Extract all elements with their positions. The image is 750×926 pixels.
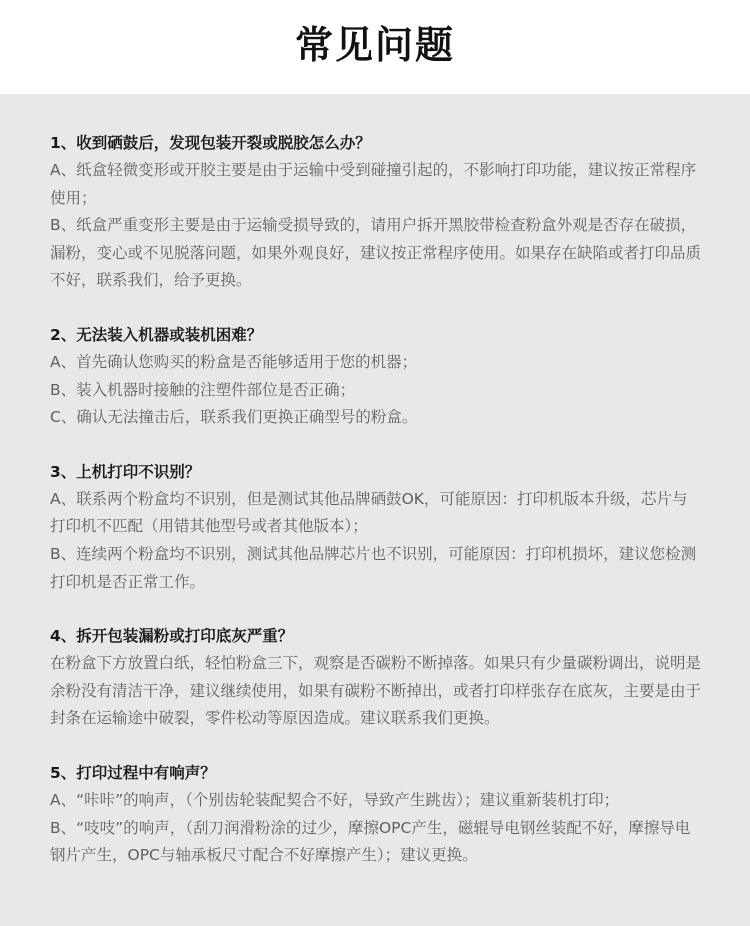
faq-item-4: 4、拆开包装漏粉或打印底灰严重？ 在粉盒下方放置白纸，轻怕粉盒三下，观察是否碳粉…: [50, 623, 702, 733]
faq-answer: 在粉盒下方放置白纸，轻怕粉盒三下，观察是否碳粉不断掉落。如果只有少量碳粉调出，说…: [50, 650, 702, 733]
faq-question: 3、上机打印不识别？: [50, 459, 702, 485]
faq-answer: C、确认无法撞击后，联系我们更换正确型号的粉盒。: [50, 404, 702, 432]
faq-list: 1、收到硒鼓后，发现包装开裂或脱胶怎么办？ A、纸盒轻微变形或开胶主要是由于运输…: [0, 94, 750, 870]
page-header: 常见问题: [0, 0, 750, 94]
faq-question: 1、收到硒鼓后，发现包装开裂或脱胶怎么办？: [50, 130, 702, 156]
faq-item-5: 5、打印过程中有响声？ A、“咔咔”的响声，（个别齿轮装配契合不好，导致产生跳齿…: [50, 760, 702, 870]
faq-question: 4、拆开包装漏粉或打印底灰严重？: [50, 623, 702, 649]
faq-answer: A、联系两个粉盒均不识别，但是测试其他品牌硒鼓OK，可能原因：打印机版本升级，芯…: [50, 486, 702, 541]
faq-item-1: 1、收到硒鼓后，发现包装开裂或脱胶怎么办？ A、纸盒轻微变形或开胶主要是由于运输…: [50, 130, 702, 295]
faq-answer: A、首先确认您购买的粉盒是否能够适用于您的机器；: [50, 349, 702, 377]
faq-answer: B、纸盒严重变形主要是由于运输受损导致的，请用户拆开黑胶带检查粉盒外观是否存在破…: [50, 212, 702, 295]
faq-answer: B、“吱吱”的响声，（刮刀润滑粉涂的过少，摩擦OPC产生，磁辊导电钢丝装配不好，…: [50, 815, 702, 870]
faq-question: 5、打印过程中有响声？: [50, 760, 702, 786]
faq-item-2: 2、无法装入机器或装机困难？ A、首先确认您购买的粉盒是否能够适用于您的机器； …: [50, 322, 702, 432]
page-title: 常见问题: [295, 14, 455, 69]
faq-answer: B、连续两个粉盒均不识别，测试其他品牌芯片也不识别，可能原因：打印机损坏，建议您…: [50, 541, 702, 596]
faq-question: 2、无法装入机器或装机困难？: [50, 322, 702, 348]
faq-answer: A、“咔咔”的响声，（个别齿轮装配契合不好，导致产生跳齿）；建议重新装机打印；: [50, 787, 702, 815]
faq-item-3: 3、上机打印不识别？ A、联系两个粉盒均不识别，但是测试其他品牌硒鼓OK，可能原…: [50, 459, 702, 596]
faq-answer: A、纸盒轻微变形或开胶主要是由于运输中受到碰撞引起的，不影响打印功能，建议按正常…: [50, 157, 702, 212]
faq-answer: B、装入机器时接触的注塑件部位是否正确；: [50, 377, 702, 405]
